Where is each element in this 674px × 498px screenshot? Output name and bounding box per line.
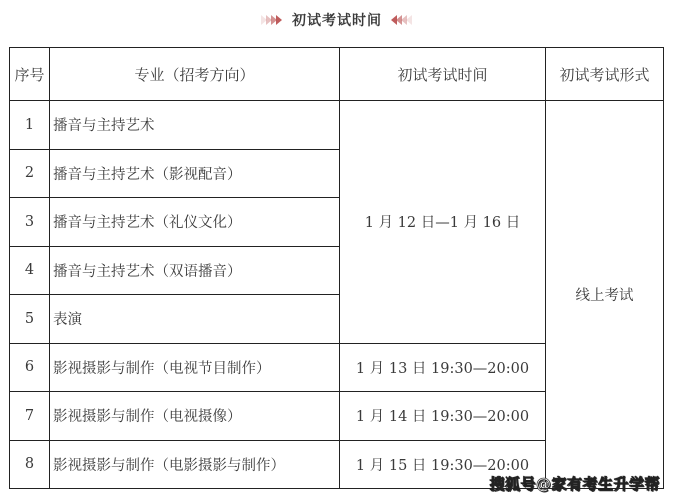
- table-header-row: 序号 专业（招考方向） 初试考试时间 初试考试形式: [10, 48, 664, 101]
- title-bar: 初试考试时间: [0, 6, 674, 34]
- row-major: 影视摄影与制作（电视摄像）: [50, 392, 340, 441]
- row-number: 2: [10, 149, 50, 198]
- header-number: 序号: [10, 48, 50, 101]
- row-number: 8: [10, 440, 50, 489]
- row-major: 播音与主持艺术: [50, 101, 340, 150]
- exam-form-cell: 线上考试: [546, 101, 664, 489]
- exam-time-group: 1 月 12 日—1 月 16 日: [340, 101, 546, 344]
- chevron-right-decoration-icon: [262, 13, 282, 27]
- exam-schedule-table: 序号 专业（招考方向） 初试考试时间 初试考试形式 1 播音与主持艺术 1 月 …: [9, 47, 664, 489]
- header-exam-time: 初试考试时间: [340, 48, 546, 101]
- row-major: 播音与主持艺术（礼仪文化）: [50, 198, 340, 247]
- row-major: 播音与主持艺术（双语播音）: [50, 246, 340, 295]
- header-major: 专业（招考方向）: [50, 48, 340, 101]
- table-row: 1 播音与主持艺术 1 月 12 日—1 月 16 日 线上考试: [10, 101, 664, 150]
- section-title: 初试考试时间: [292, 10, 382, 30]
- row-number: 5: [10, 295, 50, 344]
- watermark: 搜狐号@家有考生升学帮: [489, 473, 660, 494]
- exam-time: 1 月 13 日 19:30—20:00: [340, 343, 546, 392]
- row-major: 影视摄影与制作（电视节目制作）: [50, 343, 340, 392]
- row-number: 3: [10, 198, 50, 247]
- chevron-left-decoration-icon: [392, 13, 412, 27]
- row-major: 播音与主持艺术（影视配音）: [50, 149, 340, 198]
- row-major: 表演: [50, 295, 340, 344]
- row-number: 1: [10, 101, 50, 150]
- row-number: 6: [10, 343, 50, 392]
- exam-time: 1 月 14 日 19:30—20:00: [340, 392, 546, 441]
- row-major: 影视摄影与制作（电影摄影与制作）: [50, 440, 340, 489]
- row-number: 7: [10, 392, 50, 441]
- header-exam-form: 初试考试形式: [546, 48, 664, 101]
- row-number: 4: [10, 246, 50, 295]
